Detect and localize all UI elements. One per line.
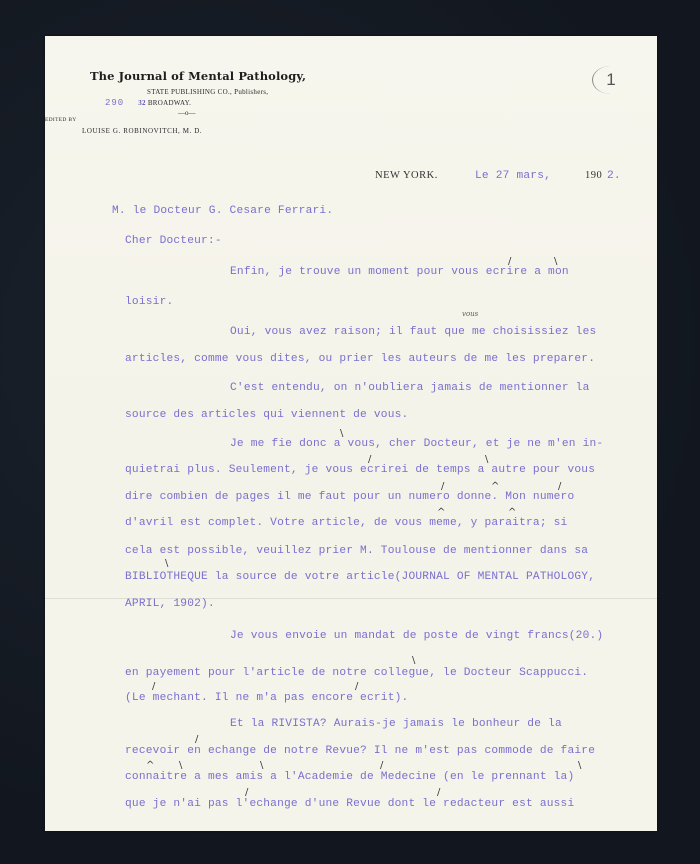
- accent-mark-icon: \: [578, 760, 581, 771]
- body-line: (Le mechant. Il ne m'a pas encore ecrit)…: [125, 692, 408, 704]
- body-line: Oui, vous avez raison; il faut que me ch…: [230, 326, 596, 338]
- accent-mark-icon: \: [165, 558, 168, 569]
- letterhead-publisher: STATE PUBLISHING CO., Publishers,: [147, 88, 268, 96]
- accent-mark-icon: \: [260, 760, 263, 771]
- body-line: d'avril est complet. Votre article, de v…: [125, 517, 567, 529]
- accent-mark-icon: /: [368, 454, 371, 465]
- body-line: cela est possible, veuillez prier M. Tou…: [125, 545, 588, 557]
- handwritten-insert: vous: [462, 310, 478, 318]
- letter-page: The Journal of Mental Pathology, STATE P…: [45, 36, 657, 831]
- accent-mark-icon: ^: [146, 760, 154, 771]
- accent-mark-icon: \: [554, 256, 557, 267]
- body-line: recevoir en echange de notre Revue? Il n…: [125, 745, 595, 757]
- accent-mark-icon: /: [152, 681, 155, 692]
- body-line: quietrai plus. Seulement, je vous ecrire…: [125, 464, 595, 476]
- body-line: BIBLIOTHEQUE la source de votre article(…: [125, 571, 595, 583]
- body-line: source des articles qui viennent de vous…: [125, 409, 408, 421]
- body-line: connaitre a mes amis a l'Academie de Med…: [125, 771, 574, 783]
- body-line: dire combien de pages il me faut pour un…: [125, 491, 574, 503]
- accent-mark-icon: ^: [491, 481, 499, 492]
- accent-mark-icon: /: [355, 681, 358, 692]
- address-number: 290: [105, 98, 124, 108]
- greeting: Cher Docteur:-: [125, 235, 222, 247]
- accent-mark-icon: \: [179, 760, 182, 771]
- body-line: Enfin, je trouve un moment pour vous ecr…: [230, 266, 569, 278]
- accent-mark-icon: \: [485, 454, 488, 465]
- accent-mark-icon: /: [508, 256, 511, 267]
- accent-mark-icon: \: [340, 428, 343, 439]
- accent-mark-icon: /: [245, 787, 248, 798]
- dateline-year-typed: 2.: [607, 170, 621, 182]
- body-line: loisir.: [125, 296, 173, 308]
- body-line: Je vous envoie un mandat de poste de vin…: [230, 630, 603, 642]
- letterhead-ornament: —o—: [178, 109, 196, 117]
- body-line: que je n'ai pas l'echange d'une Revue do…: [125, 798, 574, 810]
- letterhead-title: The Journal of Mental Pathology,: [90, 69, 306, 83]
- page-number-annotation: 1: [592, 66, 629, 94]
- body-line: articles, comme vous dites, ou prier les…: [125, 353, 595, 365]
- accent-mark-icon: /: [441, 481, 444, 492]
- dateline-city: NEW YORK.: [375, 170, 438, 181]
- accent-mark-icon: ^: [437, 507, 445, 518]
- address-struck: 32: [138, 99, 146, 107]
- body-line: C'est entendu, on n'oubliera jamais de m…: [230, 382, 590, 394]
- addressee: M. le Docteur G. Cesare Ferrari.: [112, 205, 333, 217]
- accent-mark-icon: \: [412, 655, 415, 666]
- body-line: Et la RIVISTA? Aurais-je jamais le bonhe…: [230, 718, 562, 730]
- letterhead-address: 29032BROADWAY.: [105, 98, 191, 108]
- body-line: APRIL, 1902).: [125, 598, 215, 610]
- accent-mark-icon: ^: [508, 507, 516, 518]
- body-line: en payement pour l'article de notre coll…: [125, 667, 588, 679]
- address-street: BROADWAY.: [148, 99, 191, 107]
- accent-mark-icon: /: [380, 760, 383, 771]
- letterhead-edited-by: EDITED BY: [45, 117, 77, 123]
- accent-mark-icon: /: [195, 734, 198, 745]
- accent-mark-icon: /: [558, 481, 561, 492]
- letterhead-editor: LOUISE G. ROBINOVITCH, M. D.: [82, 127, 202, 135]
- dateline-year-printed: 190: [585, 170, 602, 181]
- dateline-date: Le 27 mars,: [475, 170, 551, 182]
- accent-mark-icon: /: [437, 787, 440, 798]
- body-line: Je me fie donc a vous, cher Docteur, et …: [230, 438, 603, 450]
